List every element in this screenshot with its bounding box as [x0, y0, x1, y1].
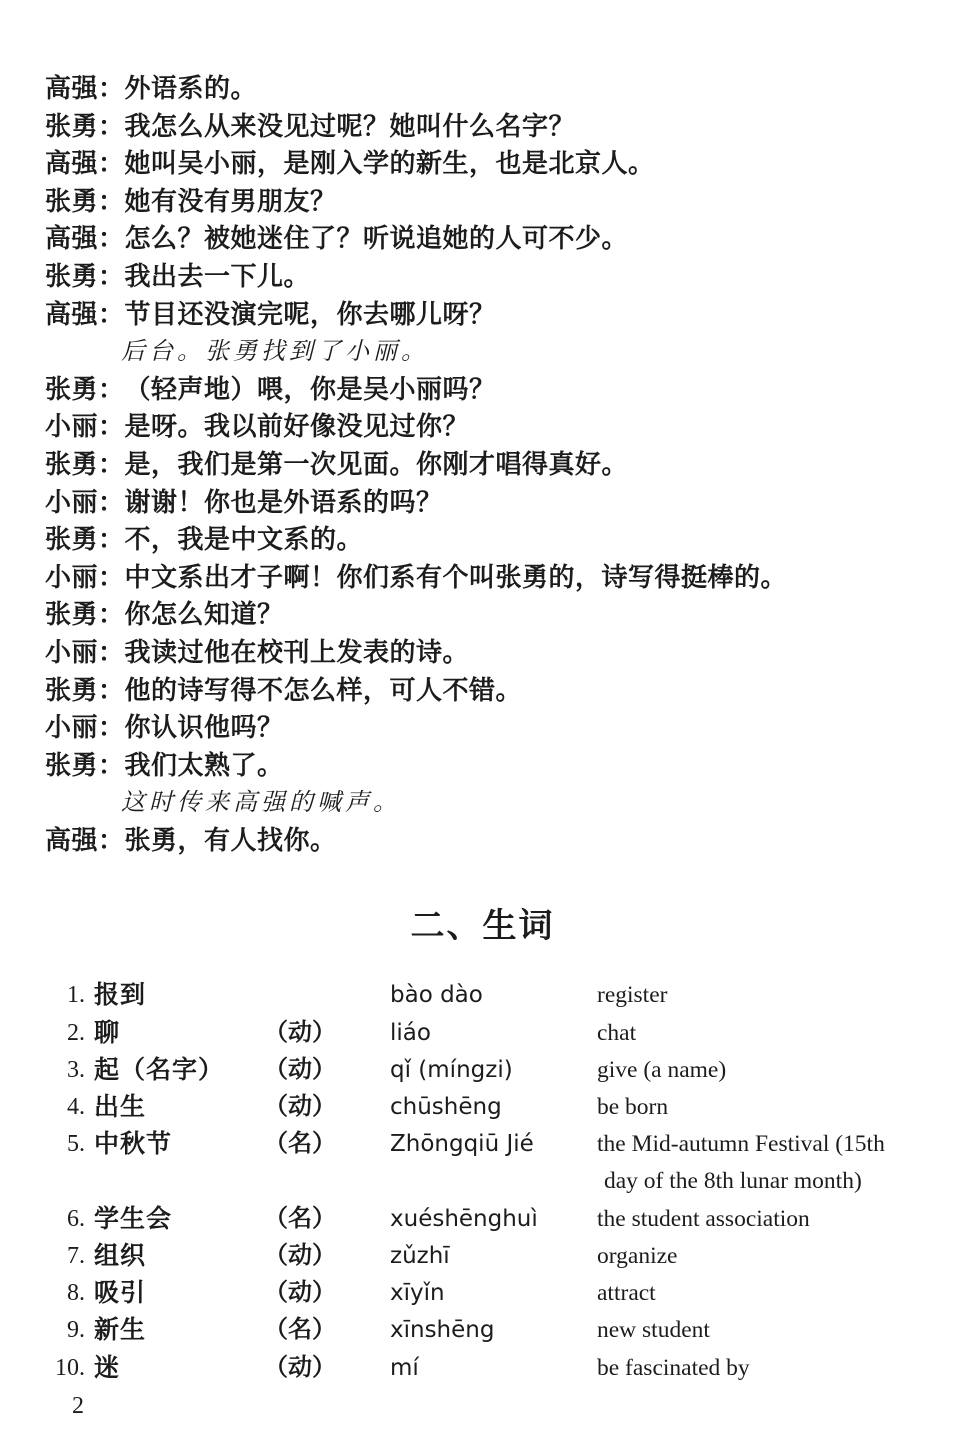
page-number: 2	[45, 1393, 920, 1420]
dialogue-text: 她有没有男朋友？	[125, 181, 337, 218]
speaker-name: 张勇：	[45, 444, 125, 481]
vocab-word: 新生	[94, 1312, 264, 1349]
dialogue-text: 节目还没演完呢，你去哪儿呀？	[125, 294, 496, 331]
dialogue-text: 外语系的。	[125, 68, 258, 105]
vocab-row: 2. 聊 （动） liáo chat	[45, 1015, 920, 1052]
dialogue-text: 怎么？被她迷住了？听说追她的人可不少。	[125, 218, 629, 255]
vocab-number: 4.	[45, 1089, 85, 1126]
stage-direction: 这时传来高强的喊声。	[45, 782, 920, 820]
vocab-pos: （动）	[264, 1089, 390, 1126]
speaker-name: 张勇：	[45, 256, 125, 293]
vocab-pos: （名）	[264, 1126, 390, 1163]
vocab-english: register	[597, 977, 920, 1014]
vocab-row: 4. 出生 （动） chūshēng be born	[45, 1089, 920, 1126]
speaker-name: 张勇：	[45, 369, 125, 406]
vocab-word: 组织	[94, 1238, 264, 1275]
dialogue-line: 张勇： （轻声地）喂，你是吴小丽吗？	[45, 369, 920, 407]
dialogue-text: 我怎么从来没见过呢？她叫什么名字？	[125, 106, 576, 143]
vocab-number: 9.	[45, 1312, 85, 1349]
vocab-english: the student association	[597, 1201, 920, 1238]
speaker-name: 高强：	[45, 820, 125, 857]
vocab-english-line1: give (a name)	[597, 1057, 726, 1083]
speaker-name: 张勇：	[45, 106, 125, 143]
dialogue-section: 高强： 外语系的。 张勇： 我怎么从来没见过呢？她叫什么名字？ 高强： 她叫吴小…	[45, 68, 920, 857]
vocab-word: 迷	[94, 1350, 264, 1387]
dialogue-text: 你认识他吗？	[125, 707, 284, 744]
vocab-word: 中秋节	[94, 1126, 264, 1163]
dialogue-line: 小丽： 我读过他在校刊上发表的诗。	[45, 632, 920, 670]
vocab-pinyin: zǔzhī	[390, 1238, 597, 1275]
vocab-number: 7.	[45, 1238, 85, 1275]
vocab-english-line1: be born	[597, 1094, 668, 1120]
vocab-word: 吸引	[94, 1275, 264, 1312]
vocab-pinyin: chūshēng	[390, 1089, 597, 1126]
speaker-name: 张勇：	[45, 670, 125, 707]
dialogue-line: 高强： 她叫吴小丽，是刚入学的新生，也是北京人。	[45, 143, 920, 181]
speaker-name: 张勇：	[45, 594, 125, 631]
vocab-word: 出生	[94, 1089, 264, 1126]
vocab-english: attract	[597, 1275, 920, 1312]
speaker-name: 高强：	[45, 68, 125, 105]
vocab-row: 9. 新生 （名） xīnshēng new student	[45, 1312, 920, 1349]
vocab-row: 8. 吸引 （动） xīyǐn attract	[45, 1275, 920, 1312]
vocab-english-line1: attract	[597, 1280, 656, 1306]
vocab-pinyin: xīnshēng	[390, 1312, 597, 1349]
dialogue-text: 我出去一下儿。	[125, 256, 311, 293]
vocabulary-list: 1. 报到 bào dào register 2. 聊 （动） liáo cha…	[45, 977, 920, 1386]
vocab-pos: （动）	[264, 1350, 390, 1387]
vocab-english-line2: day of the 8th lunar month)	[597, 1163, 920, 1200]
dialogue-line: 高强： 怎么？被她迷住了？听说追她的人可不少。	[45, 218, 920, 256]
stage-text: 这时传来高强的喊声。	[121, 782, 401, 817]
vocab-word: 起（名字）	[94, 1052, 264, 1089]
dialogue-line: 小丽： 谢谢！你也是外语系的吗？	[45, 482, 920, 520]
dialogue-text: 张勇，有人找你。	[125, 820, 337, 857]
section-title: 二、生词	[45, 903, 920, 951]
vocab-word: 报到	[94, 977, 264, 1014]
vocab-pos: （名）	[264, 1201, 390, 1238]
dialogue-text: （轻声地）喂，你是吴小丽吗？	[125, 369, 496, 406]
vocab-pinyin: mí	[390, 1350, 597, 1387]
dialogue-text: 我读过他在校刊上发表的诗。	[125, 632, 470, 669]
vocab-english-line1: the student association	[597, 1206, 810, 1232]
dialogue-line: 高强： 节目还没演完呢，你去哪儿呀？	[45, 294, 920, 332]
dialogue-line: 张勇： 你怎么知道？	[45, 594, 920, 632]
vocab-number: 5.	[45, 1126, 85, 1163]
vocab-row: 6. 学生会 （名） xuéshēnghuì the student assoc…	[45, 1201, 920, 1238]
speaker-name: 张勇：	[45, 745, 125, 782]
vocab-english: chat	[597, 1015, 920, 1052]
vocab-pos: （动）	[264, 1238, 390, 1275]
dialogue-text: 他的诗写得不怎么样，可人不错。	[125, 670, 523, 707]
vocab-english: be fascinated by	[597, 1350, 920, 1387]
vocab-english-line1: be fascinated by	[597, 1355, 750, 1381]
speaker-name: 高强：	[45, 143, 125, 180]
vocab-number: 1.	[45, 977, 85, 1014]
dialogue-line: 张勇： 他的诗写得不怎么样，可人不错。	[45, 670, 920, 708]
vocab-english-line1: the Mid-autumn Festival (15th	[597, 1131, 885, 1157]
dialogue-text: 我们太熟了。	[125, 745, 284, 782]
vocab-pos: （名）	[264, 1312, 390, 1349]
dialogue-line: 张勇： 我们太熟了。	[45, 745, 920, 783]
dialogue-line: 张勇： 她有没有男朋友？	[45, 181, 920, 219]
vocab-row: 10. 迷 （动） mí be fascinated by	[45, 1350, 920, 1387]
vocab-pos: （动）	[264, 1052, 390, 1089]
speaker-name: 小丽：	[45, 707, 125, 744]
vocab-number: 3.	[45, 1052, 85, 1089]
vocab-number: 8.	[45, 1275, 85, 1312]
dialogue-line: 小丽： 是呀。我以前好像没见过你？	[45, 406, 920, 444]
vocab-number: 2.	[45, 1015, 85, 1052]
vocab-english: the Mid-autumn Festival (15thday of the …	[597, 1126, 920, 1200]
vocab-row: 1. 报到 bào dào register	[45, 977, 920, 1014]
vocab-number: 6.	[45, 1201, 85, 1238]
vocab-english: be born	[597, 1089, 920, 1126]
vocab-row: 7. 组织 （动） zǔzhī organize	[45, 1238, 920, 1275]
vocab-word: 聊	[94, 1015, 264, 1052]
vocab-english: organize	[597, 1238, 920, 1275]
dialogue-text: 中文系出才子啊！你们系有个叫张勇的，诗写得挺棒的。	[125, 557, 788, 594]
vocab-row: 3. 起（名字） （动） qǐ (míngzi) give (a name)	[45, 1052, 920, 1089]
dialogue-line: 高强： 张勇，有人找你。	[45, 820, 920, 858]
dialogue-line: 张勇： 我出去一下儿。	[45, 256, 920, 294]
dialogue-line: 张勇： 不，我是中文系的。	[45, 519, 920, 557]
vocab-word: 学生会	[94, 1201, 264, 1238]
speaker-name: 小丽：	[45, 632, 125, 669]
speaker-name: 张勇：	[45, 181, 125, 218]
vocab-pinyin: xuéshēnghuì	[390, 1201, 597, 1238]
dialogue-text: 是呀。我以前好像没见过你？	[125, 406, 470, 443]
vocab-english-line1: organize	[597, 1243, 677, 1269]
dialogue-line: 高强： 外语系的。	[45, 68, 920, 106]
dialogue-line: 张勇： 我怎么从来没见过呢？她叫什么名字？	[45, 106, 920, 144]
speaker-name: 小丽：	[45, 482, 125, 519]
vocab-pos: （动）	[264, 1015, 390, 1052]
speaker-name: 小丽：	[45, 406, 125, 443]
vocab-english: give (a name)	[597, 1052, 920, 1089]
vocab-pinyin: liáo	[390, 1015, 597, 1052]
speaker-name: 高强：	[45, 294, 125, 331]
vocab-row: 5. 中秋节 （名） Zhōngqiū Jié the Mid-autumn F…	[45, 1126, 920, 1200]
vocab-english-line1: register	[597, 982, 667, 1008]
dialogue-text: 她叫吴小丽，是刚入学的新生，也是北京人。	[125, 143, 655, 180]
vocab-pinyin: qǐ (míngzi)	[390, 1052, 597, 1089]
vocab-pinyin: xīyǐn	[390, 1275, 597, 1312]
stage-direction: 后台。张勇找到了小丽。	[45, 331, 920, 369]
vocab-number: 10.	[45, 1350, 85, 1387]
dialogue-text: 不，我是中文系的。	[125, 519, 364, 556]
speaker-name: 张勇：	[45, 519, 125, 556]
speaker-name: 小丽：	[45, 557, 125, 594]
vocab-pos: （动）	[264, 1275, 390, 1312]
dialogue-text: 谢谢！你也是外语系的吗？	[125, 482, 443, 519]
vocab-english: new student	[597, 1312, 920, 1349]
dialogue-text: 你怎么知道？	[125, 594, 284, 631]
vocab-pinyin: bào dào	[390, 977, 597, 1014]
vocab-english-line1: new student	[597, 1317, 710, 1343]
dialogue-line: 小丽： 你认识他吗？	[45, 707, 920, 745]
dialogue-text: 是，我们是第一次见面。你刚才唱得真好。	[125, 444, 629, 481]
textbook-page: 高强： 外语系的。 张勇： 我怎么从来没见过呢？她叫什么名字？ 高强： 她叫吴小…	[0, 0, 960, 1438]
dialogue-line: 张勇： 是，我们是第一次见面。你刚才唱得真好。	[45, 444, 920, 482]
vocab-english-line1: chat	[597, 1020, 636, 1046]
stage-text: 后台。张勇找到了小丽。	[121, 331, 429, 366]
vocab-pinyin: Zhōngqiū Jié	[390, 1126, 597, 1163]
dialogue-line: 小丽： 中文系出才子啊！你们系有个叫张勇的，诗写得挺棒的。	[45, 557, 920, 595]
speaker-name: 高强：	[45, 218, 125, 255]
